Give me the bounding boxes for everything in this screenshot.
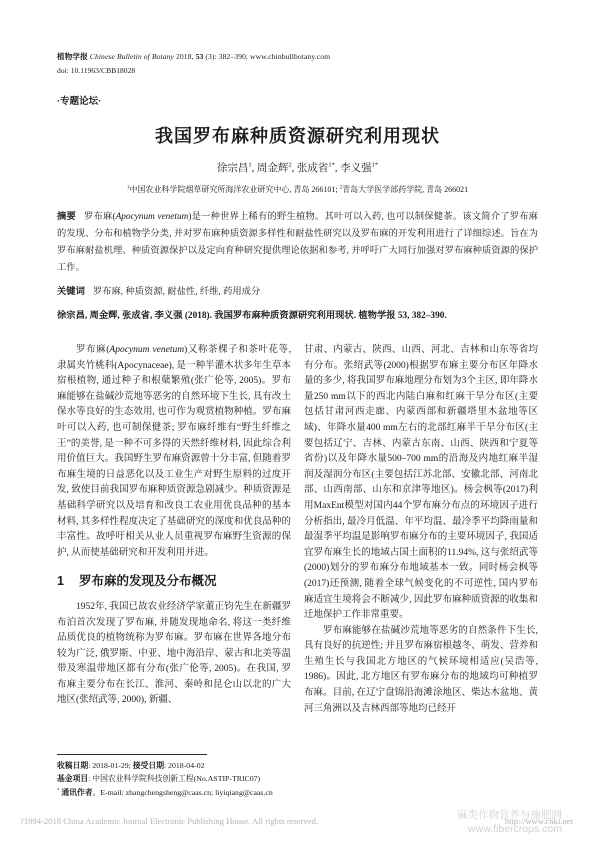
footnote-line: 收稿日期: 2018-01-29; 接受日期: 2018-04-02	[57, 759, 291, 773]
left-column-text: 罗布麻(Apocynum venetum)又称茶棵子和茶叶花等, 隶属夹竹桃科(…	[57, 343, 291, 709]
paragraph: 1952年, 我国已故农业经济学家董正钧先生在新疆罗布泊首次发现了罗布麻, 并随…	[57, 600, 291, 709]
section-heading: 1罗布麻的发现及分布概况	[57, 574, 291, 590]
authors: 徐宗昌1, 周金辉2, 张成省1*, 李义强1*	[57, 160, 538, 175]
footnote-line: * 通讯作者。E-mail: zhangchengsheng@caas.cn; …	[57, 786, 291, 800]
affiliation: 1中国农业科学院烟草研究所海洋农业研究中心, 青岛 266101; 2青岛大学医…	[57, 184, 538, 195]
footnote-lines: 收稿日期: 2018-01-29; 接受日期: 2018-04-02基金项目: …	[57, 759, 291, 800]
copyright-text: ?1994-2018 China Academic Journal Electr…	[20, 816, 318, 826]
watermark-line2: www.fibercrops.com	[457, 822, 562, 836]
column-type-label: ·专题论坛·	[57, 93, 538, 107]
paragraph: 甘肃、内蒙古、陕西、山西、河北、吉林和山东等省均有分布。张绍武等(2000)根据…	[304, 343, 538, 624]
abstract-label: 摘要	[57, 211, 76, 221]
keywords-line: 关键词罗布麻, 种质资源, 耐盐性, 纤维, 药用成分	[57, 284, 538, 300]
doi-line: doi: 10.11963/CBB18028	[57, 66, 538, 76]
abstract: 摘要罗布麻(Apocynum venetum)是一种世界上稀有的野生植物。其叶可…	[57, 208, 538, 277]
keywords-label: 关键词	[57, 286, 85, 296]
abstract-text: 罗布麻(Apocynum venetum)是一种世界上稀有的野生植物。其叶可以入…	[57, 212, 538, 273]
paragraph: 罗布麻(Apocynum venetum)又称茶棵子和茶叶花等, 隶属夹竹桃科(…	[57, 343, 291, 561]
watermark-line1: 麻类作物营养与施肥网	[457, 808, 562, 822]
footnote-divider	[57, 754, 207, 755]
watermark: 麻类作物营养与施肥网 www.fibercrops.com	[457, 808, 562, 836]
body-right-column: 甘肃、内蒙古、陕西、山西、河北、吉林和山东等省均有分布。张绍武等(2000)根据…	[304, 343, 538, 800]
keywords-text: 罗布麻, 种质资源, 耐盐性, 纤维, 药用成分	[93, 287, 260, 297]
article-title: 我国罗布麻种质资源研究利用现状	[57, 122, 538, 148]
journal-page: 植物学报 Chinese Bulletin of Botany 2018, 53…	[0, 0, 595, 842]
journal-header-line: 植物学报 Chinese Bulletin of Botany 2018, 53…	[57, 52, 538, 62]
footnote-line: 基金项目: 中国农业科学院科技创新工程(No.ASTIP-TRIC07)	[57, 772, 291, 786]
article-body: 罗布麻(Apocynum venetum)又称茶棵子和茶叶花等, 隶属夹竹桃科(…	[57, 343, 538, 800]
footnotes: 收稿日期: 2018-01-29; 接受日期: 2018-04-02基金项目: …	[57, 748, 291, 800]
paragraph: 罗布麻能够在盐碱沙荒地等恶劣的自然条件下生长, 具有良好的抗逆性; 并且罗布麻宿…	[304, 624, 538, 718]
body-left-column: 罗布麻(Apocynum venetum)又称茶棵子和茶叶花等, 隶属夹竹桃科(…	[57, 343, 291, 800]
citation-line: 徐宗昌, 周金辉, 张成省, 李义强 (2018). 我国罗布麻种质资源研究利用…	[57, 309, 538, 324]
